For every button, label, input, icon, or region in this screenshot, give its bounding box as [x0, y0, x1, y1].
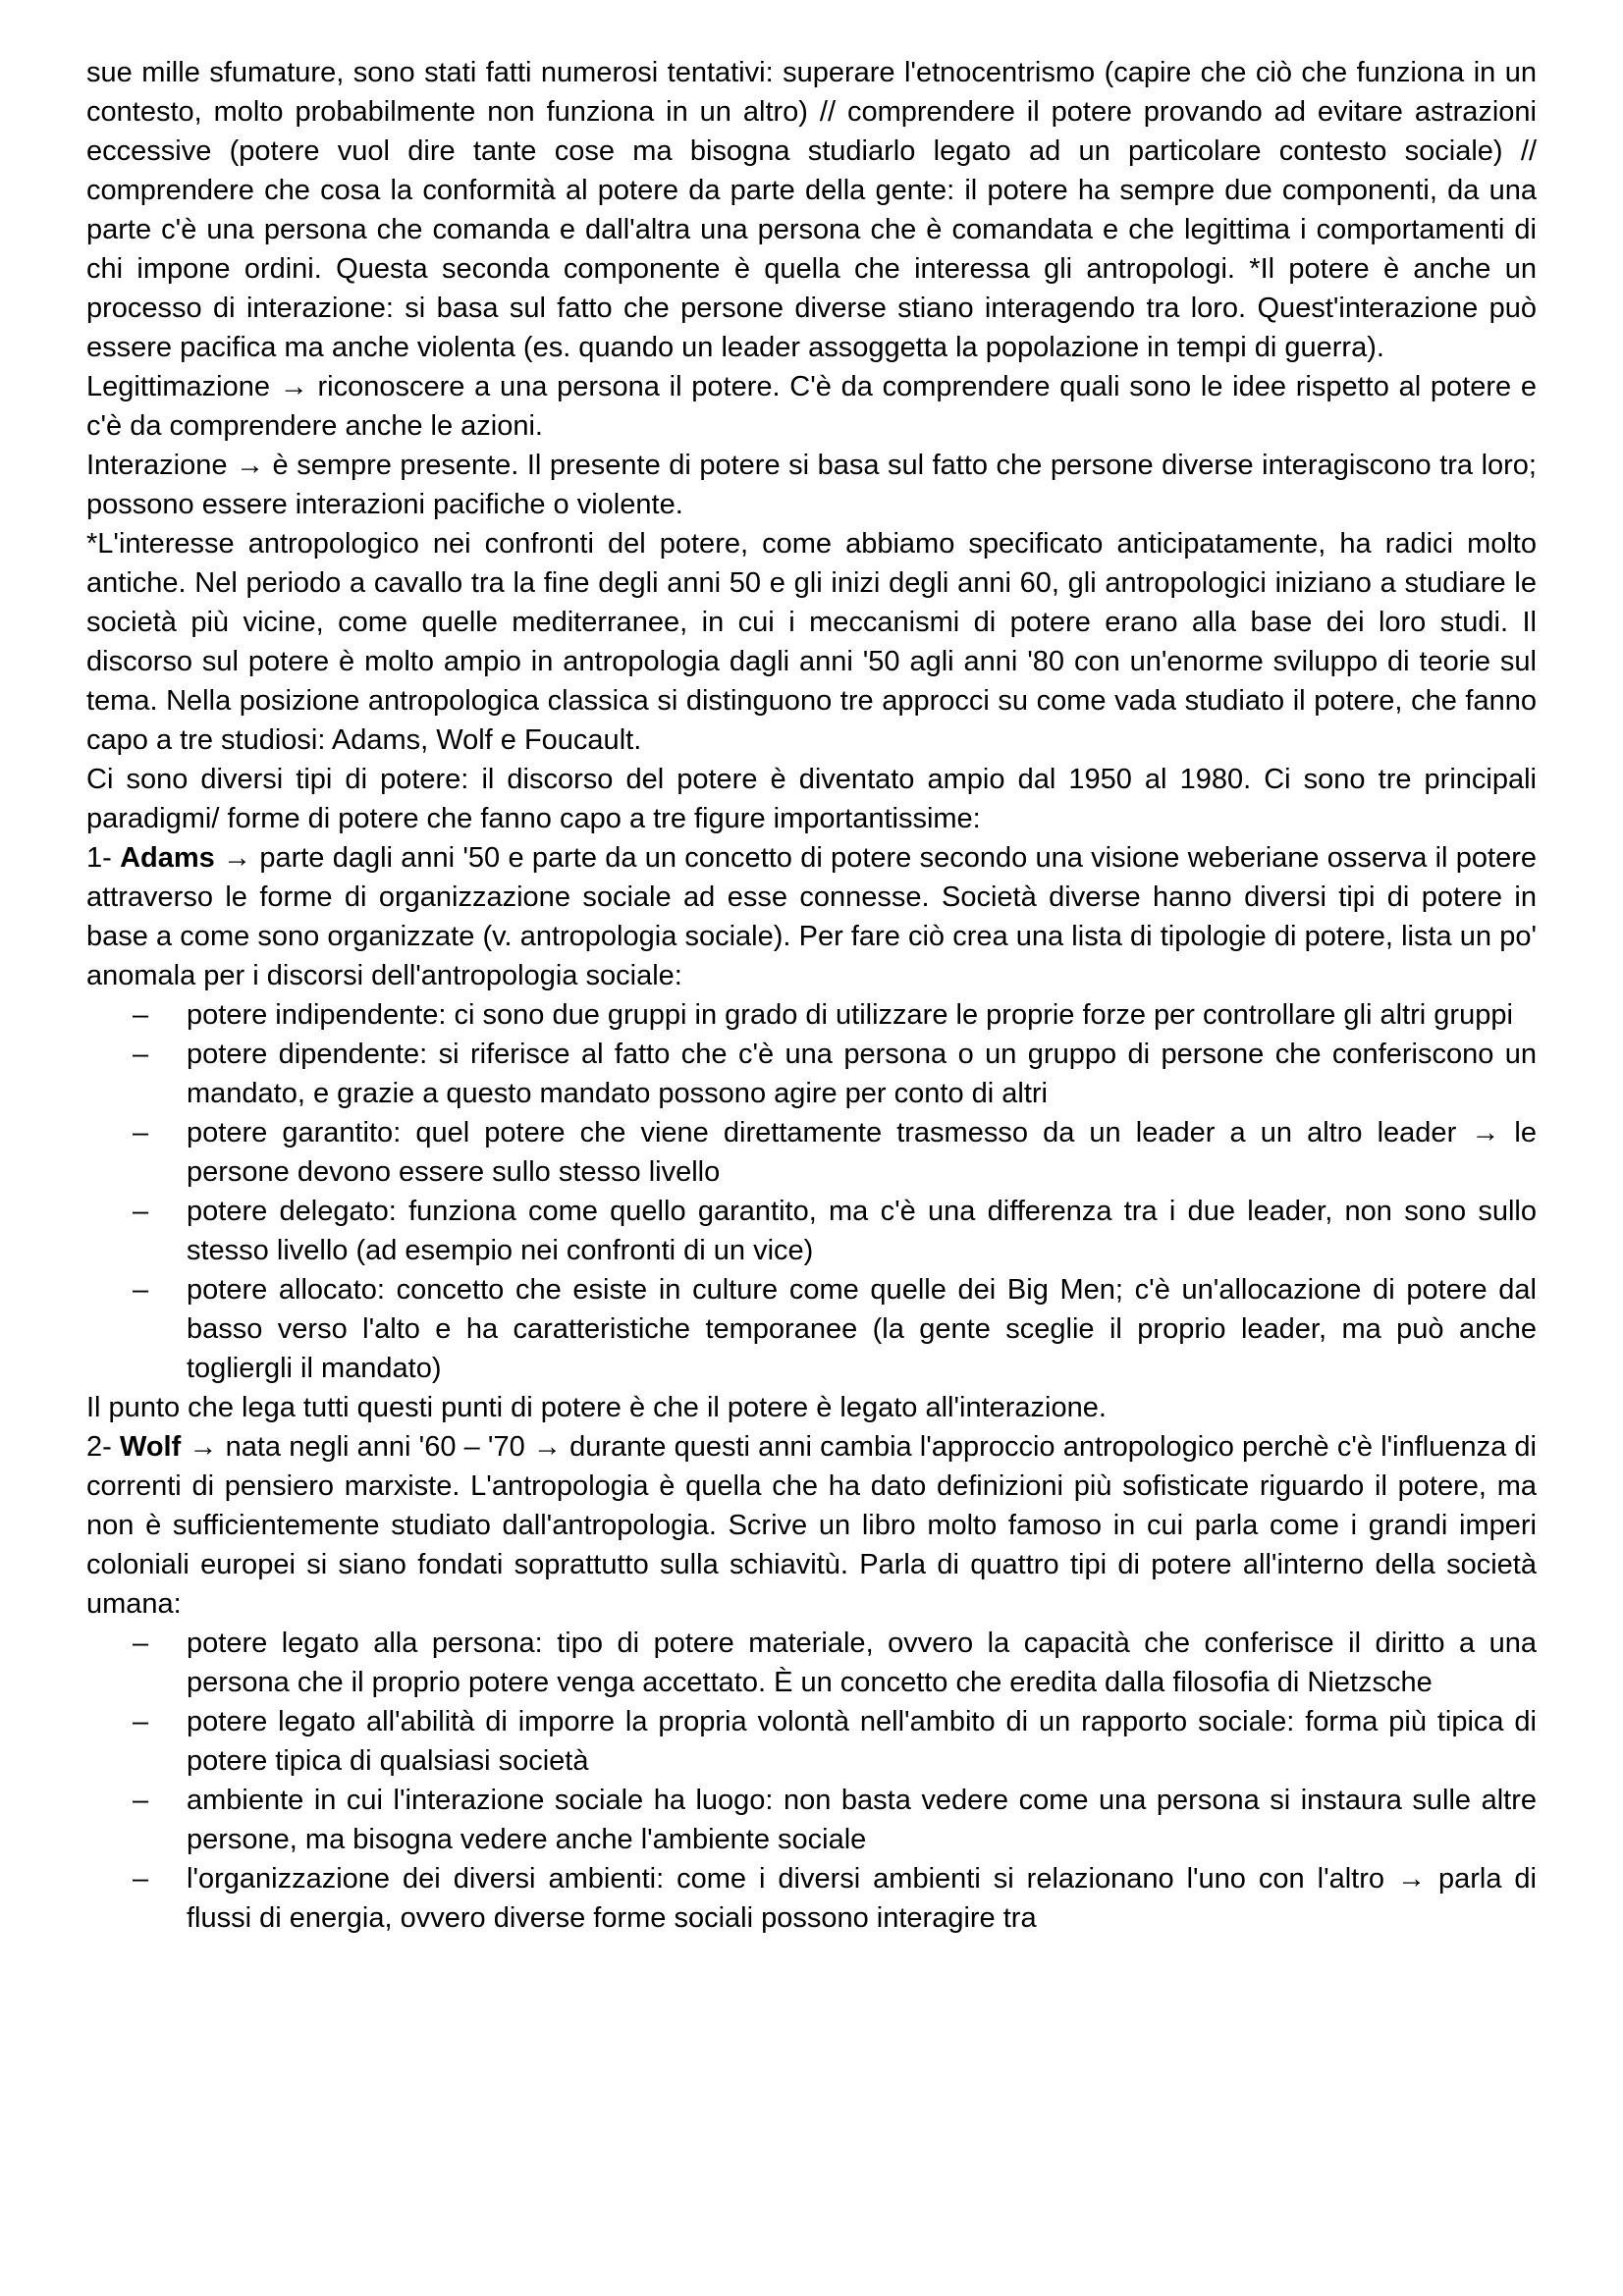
- bullet-item: –ambiente in cui l'interazione sociale h…: [86, 1781, 1537, 1859]
- bullet-list: –potere legato alla persona: tipo di pot…: [86, 1624, 1537, 1938]
- paragraph: Il punto che lega tutti questi punti di …: [86, 1388, 1537, 1427]
- bold-text-run: Adams: [120, 842, 215, 874]
- bullet-marker: –: [133, 1781, 148, 1820]
- bullet-item: –potere allocato: concetto che esiste in…: [86, 1270, 1537, 1388]
- text-run: 1-: [86, 842, 120, 874]
- document-page: sue mille sfumature, sono stati fatti nu…: [0, 0, 1623, 2296]
- text-run: → nata negli anni '60 – '70 → durante qu…: [86, 1431, 1537, 1620]
- text-run: Ci sono diversi tipi di potere: il disco…: [86, 764, 1537, 834]
- paragraph: sue mille sfumature, sono stati fatti nu…: [86, 53, 1537, 367]
- text-run: ambiente in cui l'interazione sociale ha…: [187, 1785, 1537, 1855]
- bullet-list: –potere indipendente: ci sono due gruppi…: [86, 995, 1537, 1388]
- text-run: → parte dagli anni '50 e parte da un con…: [86, 842, 1537, 991]
- bold-text-run: Wolf: [120, 1431, 181, 1463]
- text-run: potere dipendente: si riferisce al fatto…: [187, 1039, 1537, 1109]
- bullet-item: –potere garantito: quel potere che viene…: [86, 1113, 1537, 1192]
- bullet-item: –potere legato alla persona: tipo di pot…: [86, 1624, 1537, 1702]
- bullet-item: –l'organizzazione dei diversi ambienti: …: [86, 1859, 1537, 1938]
- text-run: potere legato all'abilità di imporre la …: [187, 1706, 1537, 1777]
- bullet-marker: –: [133, 1113, 148, 1152]
- text-run: 2-: [86, 1431, 120, 1463]
- text-run: potere allocato: concetto che esiste in …: [187, 1274, 1537, 1384]
- bullet-marker: –: [133, 1192, 148, 1231]
- paragraph: 1- Adams → parte dagli anni '50 e parte …: [86, 838, 1537, 995]
- paragraph: Ci sono diversi tipi di potere: il disco…: [86, 760, 1537, 838]
- text-run: Il punto che lega tutti questi punti di …: [86, 1392, 1107, 1423]
- bullet-item: –potere delegato: funziona come quello g…: [86, 1192, 1537, 1270]
- bullet-item: –potere legato all'abilità di imporre la…: [86, 1702, 1537, 1781]
- text-run: sue mille sfumature, sono stati fatti nu…: [86, 57, 1537, 363]
- text-run: potere indipendente: ci sono due gruppi …: [187, 999, 1513, 1031]
- bullet-marker: –: [133, 1035, 148, 1074]
- text-run: l'organizzazione dei diversi ambienti: c…: [187, 1863, 1537, 1934]
- paragraph: *L'interesse antropologico nei confronti…: [86, 524, 1537, 760]
- document-content: sue mille sfumature, sono stati fatti nu…: [86, 53, 1537, 1938]
- bullet-marker: –: [133, 995, 148, 1035]
- text-run: *L'interesse antropologico nei confronti…: [86, 528, 1537, 756]
- bullet-item: –potere dipendente: si riferisce al fatt…: [86, 1035, 1537, 1113]
- text-run: potere delegato: funziona come quello ga…: [187, 1196, 1537, 1266]
- text-run: potere garantito: quel potere che viene …: [187, 1117, 1537, 1188]
- bullet-item: –potere indipendente: ci sono due gruppi…: [86, 995, 1537, 1035]
- bullet-marker: –: [133, 1270, 148, 1309]
- paragraph: Legittimazione → riconoscere a una perso…: [86, 367, 1537, 446]
- text-run: potere legato alla persona: tipo di pote…: [187, 1628, 1537, 1698]
- bullet-marker: –: [133, 1624, 148, 1663]
- text-run: Legittimazione → riconoscere a una perso…: [86, 371, 1537, 442]
- bullet-marker: –: [133, 1702, 148, 1741]
- bullet-marker: –: [133, 1859, 148, 1898]
- paragraph: 2- Wolf → nata negli anni '60 – '70 → du…: [86, 1427, 1537, 1624]
- text-run: Interazione → è sempre presente. Il pres…: [86, 450, 1537, 520]
- paragraph: Interazione → è sempre presente. Il pres…: [86, 446, 1537, 524]
